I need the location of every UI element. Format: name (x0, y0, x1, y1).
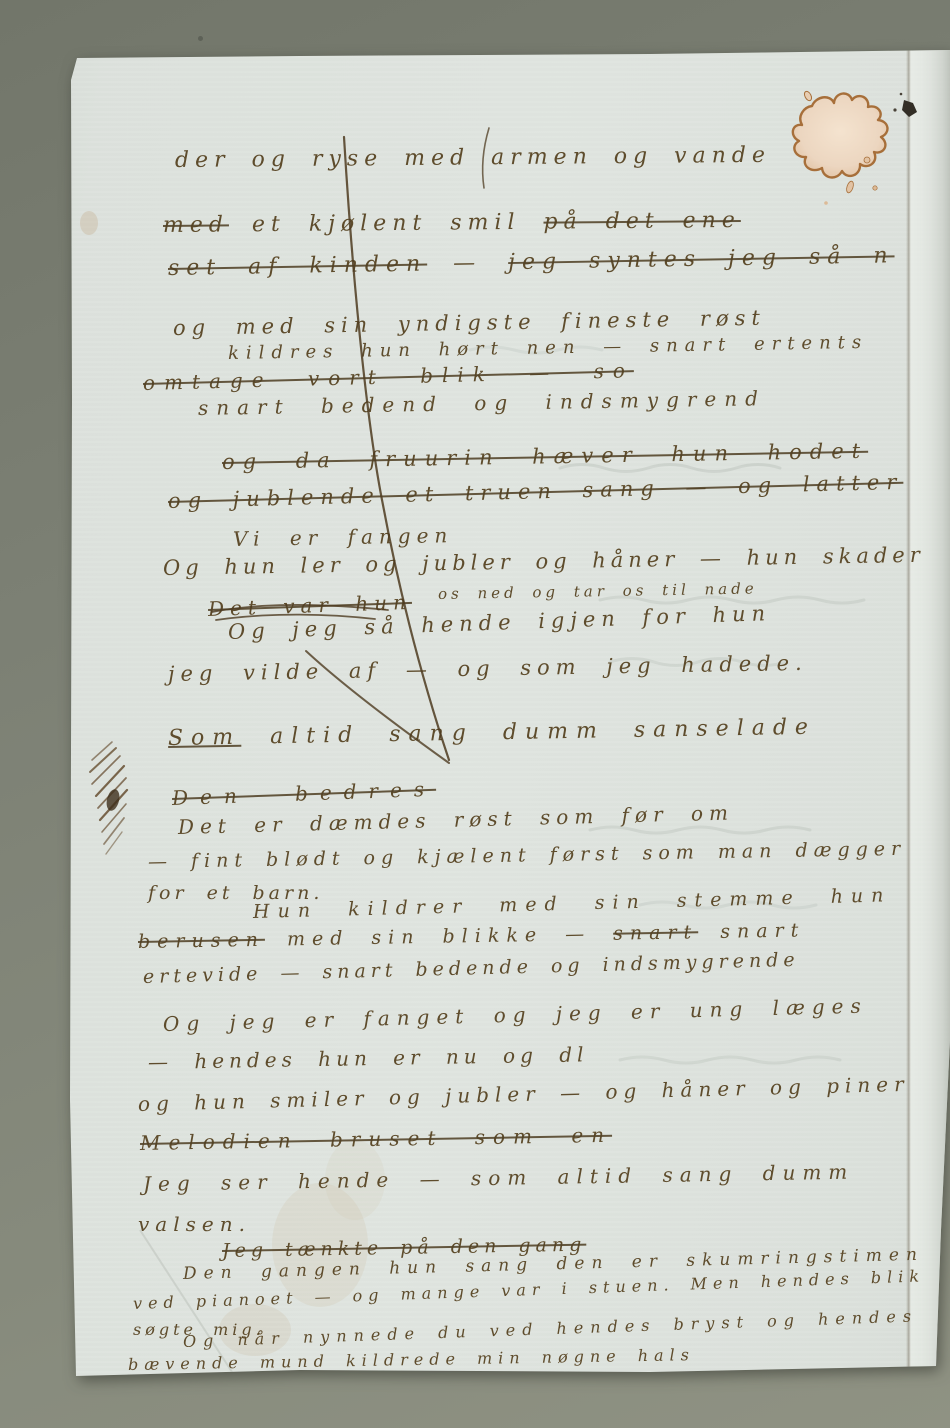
pen-mark (483, 128, 489, 188)
manuscript-photograph: der og ryse med armen og vandemed et kjø… (0, 0, 950, 1428)
deletion-strokes-layer (0, 0, 950, 1428)
scribble-strike (212, 605, 388, 620)
deletion-stroke (344, 137, 449, 760)
deletion-stroke (306, 651, 449, 763)
paper-shadow-wrap: der og ryse med armen og vandemed et kjø… (0, 0, 950, 1428)
manuscript-page: der og ryse med armen og vandemed et kjø… (0, 0, 950, 1428)
